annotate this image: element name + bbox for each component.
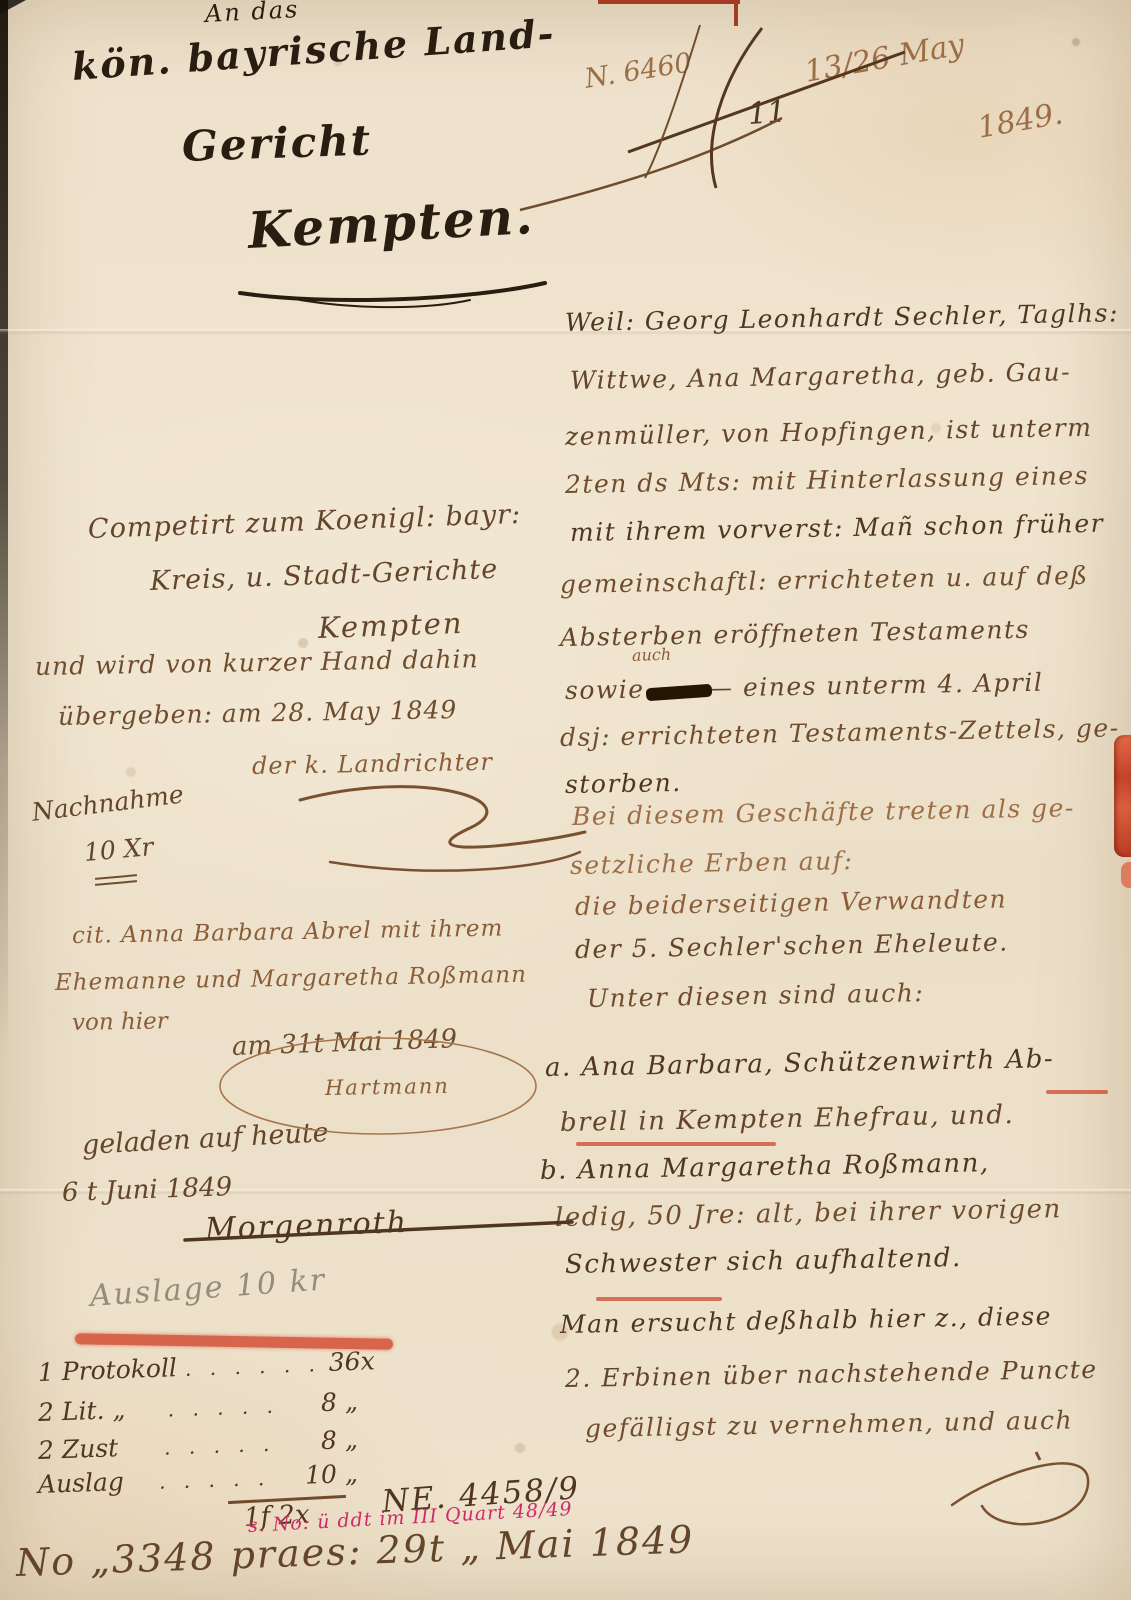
cost-dots: . . . . . [167,1396,279,1420]
citation-line-1: cit. Anna Barbara Abrel mit ihrem [72,917,504,948]
body-line: Wittwe, Ana Margaretha, geb. Gau- [570,359,1071,393]
cancel-stroke-4 [645,25,700,178]
heading-underline-swash [240,283,545,300]
body-line: brell in Kempten Ehefrau, und. [560,1102,1015,1136]
body-line: gemeinschaftl: errichteten u. auf deß [560,563,1089,597]
docket-number: N. 6460 [583,49,694,93]
bottom-right-paraph [952,1463,1088,1524]
inserted-word: auch [632,647,672,664]
red-underline-brell-in-kempten [576,1142,776,1146]
fee-label: Nachnahme [30,782,184,825]
fee-amount: 10 Xr [83,834,154,865]
citation-line-2: Ehemanne und Margaretha Roßmann [55,964,527,995]
docket-date: 13/26 May [802,30,966,88]
landrichter-paraph-1 [300,787,585,847]
cost-row: Auslag . . . . . 10 „ [38,1461,359,1497]
scanned-letter-page: An das kön. bayrische Land- Gericht Kemp… [0,0,1131,1600]
body-line: Bei diesem Geschäfte treten als ge- [572,795,1075,829]
citation-date: am 31t Mai 1849 [232,1026,458,1060]
address-line-1: kön. bayrische Land- [71,14,557,86]
cost-label: 1 Protokoll [38,1355,178,1385]
body-line: a. Ana Barbara, Schützenwirth Ab- [545,1046,1055,1081]
cost-dots: . . . . . [159,1468,271,1492]
presentation-note: No „3348 praes: 29t „ Mai 1849 [15,1520,695,1582]
body-line: storben. [565,770,682,797]
address-salutation: An das [204,0,300,26]
wax-seal-remnant [1114,735,1131,857]
routing-line-4: und wird von kurzer Hand dahin [35,646,479,679]
citation-line-3: von hier [72,1010,168,1035]
address-line-3: Kempten. [247,191,536,256]
body-line: gefälligst zu vernehmen, und auch [585,1407,1073,1441]
body-line: 2ten ds Mts: mit Hinterlassung eines [565,463,1089,497]
body-line: Absterben eröffneten Testaments [560,617,1030,650]
clerk-signature: Hartmann [325,1076,450,1099]
body-line: zenmüller, von Hopfingen, ist unterm [565,415,1093,449]
docket-cancel-mark: 11 [747,97,787,130]
body-line: setzliche Erben auf: [570,848,854,878]
fee-underline-1 [95,874,137,880]
cancel-stroke-2 [520,118,782,210]
body-line: b. Anna Margaretha Roßmann, [540,1150,990,1184]
cost-value: 8 „ [321,1427,359,1453]
wax-seal-remnant-small [1121,862,1131,888]
scan-edge-shadow [0,0,8,1060]
heading-underline-swash-2 [300,300,470,307]
routing-line-3: Kempten [317,609,464,643]
docket-year: 1849. [975,99,1065,143]
cost-value: 36x [328,1348,375,1375]
cost-row: 1 Protokoll . . . . . . 36x [38,1348,369,1385]
body-line: ledig, 50 Jre: alt, bei ihrer vorigen [555,1196,1062,1231]
body-line: Schwester sich aufhaltend. [565,1245,962,1278]
cost-row: 2 Lit. „ . . . . . 8 „ [38,1389,359,1425]
cost-label: 2 Zust [38,1435,119,1463]
address-line-2: Gericht [181,119,373,168]
red-frame-top-line [598,0,740,4]
body-line: dsj: errichteten Testaments-Zettels, ge- [560,715,1120,750]
body-line: Man ersucht deßhalb hier z., diese [560,1303,1052,1337]
red-frame-corner-line [734,0,738,26]
cost-dots: . . . . . [164,1434,276,1458]
cost-label: Auslag [38,1469,125,1497]
routing-line-2: Kreis, u. Stadt-Gerichte [150,556,499,595]
routing-line-1: Competirt zum Koenigl: bayr: [88,501,522,543]
body-line: mit ihrem vorverst: Mañ schon früher [570,511,1105,545]
bottom-right-paraph-dot [1036,1452,1040,1460]
routing-line-5: übergeben: am 28. May 1849 [58,697,458,729]
red-underline-schwester [596,1297,722,1301]
body-line: 2. Erbinen über nachstehende Puncte [565,1357,1098,1391]
cost-value: 8 „ [321,1389,359,1415]
red-underline-ab [1046,1090,1108,1094]
scan-corner-shadow [0,0,26,14]
body-line: sowie ——— eines unterm 4. April [565,670,1044,703]
fee-underline-2 [95,880,137,886]
summons-line-1: geladen auf heute [81,1119,329,1159]
cost-value: 10 „ [305,1461,359,1488]
body-line: Unter diesen sind auch: [587,980,925,1011]
cost-dots: . . . . . . [185,1354,322,1379]
landrichter-paraph-2 [330,852,580,871]
cost-label: 2 Lit. „ [38,1397,126,1425]
body-line: der 5. Sechler'schen Eheleute. [575,929,1009,962]
pencil-expense-note: Auslage 10 kr [89,1266,327,1312]
struck-signature: Morgenroth [204,1208,408,1245]
cost-row: 2 Zust . . . . . 8 „ [38,1427,359,1463]
summons-line-2: 6 t Juni 1849 [62,1174,233,1206]
routing-signoff: der k. Landrichter [252,750,493,778]
body-line: die beiderseitigen Verwandten [575,886,1008,919]
